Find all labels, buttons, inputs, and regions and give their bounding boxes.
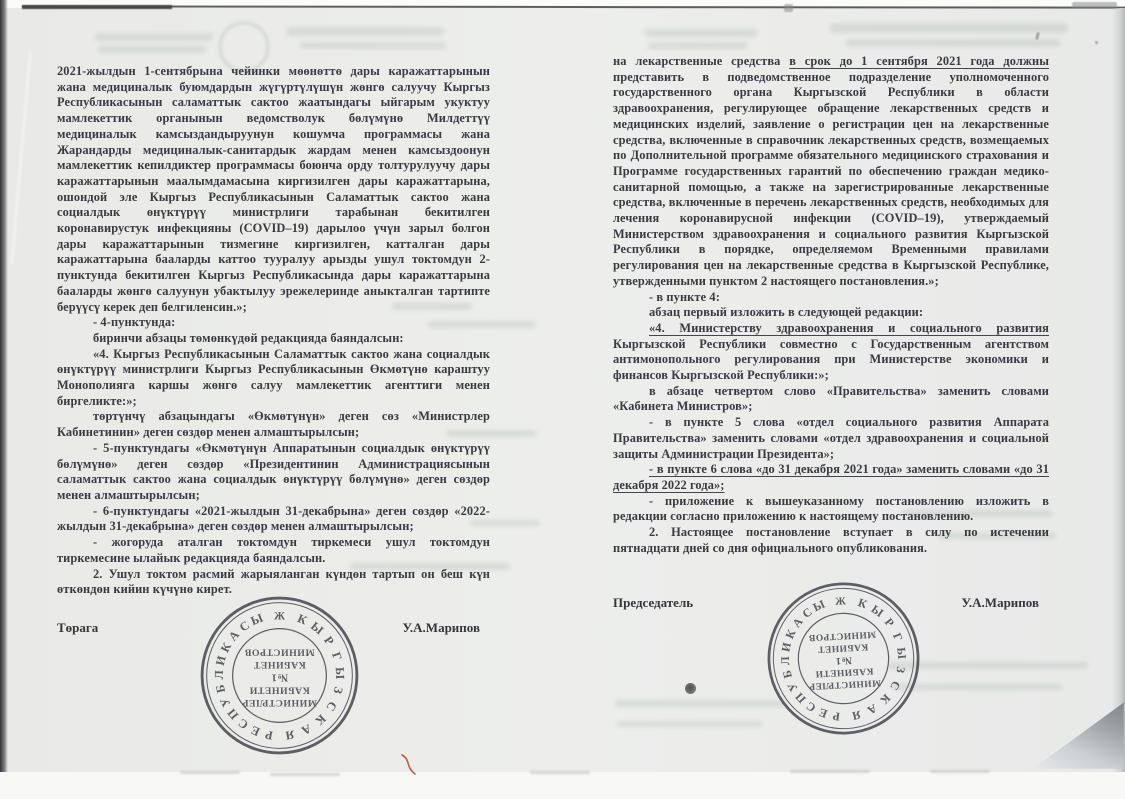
paragraph: - в пункте 5 слова «отдел социального ра… [613, 415, 1049, 462]
paragraph: - в пункте 6 слова «до 31 декабря 2021 г… [613, 462, 1049, 493]
svg-text:Я: Я [284, 727, 295, 742]
scan-edge-blob [22, 5, 172, 9]
svg-text:Л: Л [779, 656, 792, 666]
svg-text:Р: Р [264, 727, 274, 742]
bleed-through-mark [645, 29, 757, 37]
svg-text:Г: Г [329, 650, 345, 662]
paragraph: - приложение к вышеуказанному постановле… [613, 494, 1049, 525]
svg-text:КАБИНЕТ: КАБИНЕТ [817, 641, 868, 654]
document-scan: 2021-жылдын 1-сентябрына чейинки мөөнөтт… [0, 0, 1125, 799]
official-seal-right: КЫРГЫЗСКАЯРЕСПУБЛИКАСЫЖМИНИСТРЛЕРКАБИНЕТ… [761, 576, 926, 741]
paragraph: - жогоруда аталган токтомдун тиркемеси у… [57, 535, 490, 566]
svg-text:Е: Е [249, 723, 262, 739]
official-seal-left: КЫРГЫЗСКАЯРЕСПУБЛИКАСЫЖМИНИСТРЛЕРКАБИНЕТ… [198, 594, 361, 757]
paragraph: «4. Кыргыз Республикасынын Саламаттык са… [57, 347, 490, 410]
svg-text:Ы: Ы [249, 611, 265, 628]
svg-text:№1: №1 [835, 654, 852, 666]
svg-text:С: С [887, 679, 902, 693]
svg-text:Ж: Ж [274, 610, 286, 622]
svg-text:С: С [323, 699, 340, 714]
scan-edge-left [0, 0, 8, 772]
paragraph: төртүнчү абзацындагы «Өкмөтүнүн» деген с… [57, 409, 490, 440]
svg-text:К: К [877, 691, 893, 707]
svg-text:МИНИСТРОВ: МИНИСТРОВ [244, 646, 314, 657]
svg-text:№1: №1 [271, 672, 288, 684]
paragraph: биринчи абзацы төмөнкүдөй редакцияда бая… [57, 331, 490, 347]
svg-text:С: С [235, 716, 250, 732]
scan-smudge [930, 770, 990, 773]
svg-text:Я: Я [850, 708, 862, 723]
paragraph: на лекарственные средства в срок до 1 се… [613, 54, 1049, 290]
scan-edge-right [1112, 8, 1125, 772]
paragraph: - 6-пунктундагы «2021-жылдын 31-декабрын… [57, 504, 490, 535]
svg-text:Б: Б [213, 683, 228, 694]
bleed-through-mark [95, 33, 213, 41]
paragraph: - 5-пунктундагы «Өкмөтүнүн Аппаратынын с… [57, 441, 490, 504]
bleed-through-mark [300, 42, 446, 49]
ink-dot [685, 683, 696, 694]
svg-text:У: У [785, 680, 801, 694]
scan-edge-bottom [0, 772, 1125, 799]
paragraph: 2. Настоящее постановление вступает в си… [613, 525, 1049, 556]
paragraph: - в пункте 4: [613, 290, 1049, 306]
svg-text:С: С [804, 699, 818, 715]
svg-text:МИНИСТРЛЕР: МИНИСТРЛЕР [809, 677, 882, 691]
svg-text:Л: Л [212, 670, 226, 679]
bleed-through-mark [617, 721, 763, 727]
page-left-text: 2021-жылдын 1-сентябрына чейинки мөөнөтт… [57, 64, 490, 598]
svg-text:З: З [893, 665, 907, 674]
svg-text:У: У [217, 695, 234, 709]
svg-text:К: К [856, 596, 869, 611]
svg-text:КАБИНЕТИ: КАБИНЕТИ [249, 684, 309, 695]
svg-text:Р: Р [321, 634, 337, 649]
svg-text:З: З [330, 686, 345, 696]
svg-text:МИНИСТРЛЕР: МИНИСТРЛЕР [242, 697, 317, 708]
scan-artifact [1095, 41, 1098, 44]
svg-text:А: А [299, 721, 313, 738]
paragraph: абзац первый изложить в следующей редакц… [613, 305, 1049, 321]
paragraph: в абзаце четвертом слово «Правительства»… [613, 384, 1049, 415]
bleed-through-mark [648, 42, 748, 49]
bleed-through-mark [286, 27, 444, 36]
bleed-through-mark [846, 39, 1060, 47]
svg-text:А: А [865, 701, 879, 717]
svg-text:А: А [790, 615, 806, 630]
svg-text:К: К [218, 640, 235, 654]
svg-text:И: И [779, 642, 794, 654]
svg-text:Ы: Ы [308, 619, 326, 637]
svg-text:Ы: Ы [333, 667, 347, 680]
scan-artifact [1072, 2, 1117, 8]
svg-text:П: П [224, 706, 241, 723]
svg-text:КАБИНЕТ: КАБИНЕТ [253, 659, 305, 670]
svg-text:Ы: Ы [894, 647, 908, 660]
svg-text:К: К [313, 712, 329, 728]
bleed-through-mark [615, 700, 787, 707]
bleed-through-mark [98, 46, 206, 53]
svg-text:Р: Р [832, 709, 841, 723]
signature-name-left: У.А.Марипов [403, 620, 481, 636]
svg-text:И: И [213, 654, 229, 667]
svg-text:Ы: Ы [811, 597, 827, 614]
svg-text:КАБИНЕТИ: КАБИНЕТИ [815, 665, 874, 678]
bleed-through-mark [830, 23, 1068, 33]
page-right-text: на лекарственные средства в срок до 1 се… [613, 54, 1049, 557]
signature-name-right: У.А.Марипов [962, 595, 1040, 611]
scan-smudge [790, 770, 870, 773]
svg-text:Ы: Ы [869, 603, 886, 621]
scan-smudge [270, 773, 340, 776]
pen-mark [398, 752, 422, 778]
scan-artifact [784, 4, 793, 12]
svg-text:А: А [226, 628, 242, 644]
paragraph: 2021-жылдын 1-сентябрына чейинки мөөнөтт… [57, 64, 490, 315]
svg-text:К: К [295, 611, 309, 627]
scan-smudge [180, 771, 240, 774]
svg-text:П: П [793, 690, 809, 706]
svg-text:К: К [783, 627, 799, 641]
svg-text:Е: Е [817, 705, 829, 720]
paragraph: - 4-пунктунда: [57, 315, 490, 331]
scan-smudge [530, 771, 590, 774]
svg-text:Г: Г [890, 631, 905, 643]
svg-text:Б: Б [780, 668, 795, 679]
svg-text:Р: Р [882, 616, 897, 630]
svg-text:Ж: Ж [835, 595, 847, 608]
paragraph: «4. Министерству здравоохранения и социа… [613, 321, 1049, 384]
signature-title-left: Төрага [57, 620, 98, 636]
svg-text:МИНИСТРОВ: МИНИСТРОВ [808, 629, 876, 643]
signature-title-right: Председатель [613, 595, 693, 611]
